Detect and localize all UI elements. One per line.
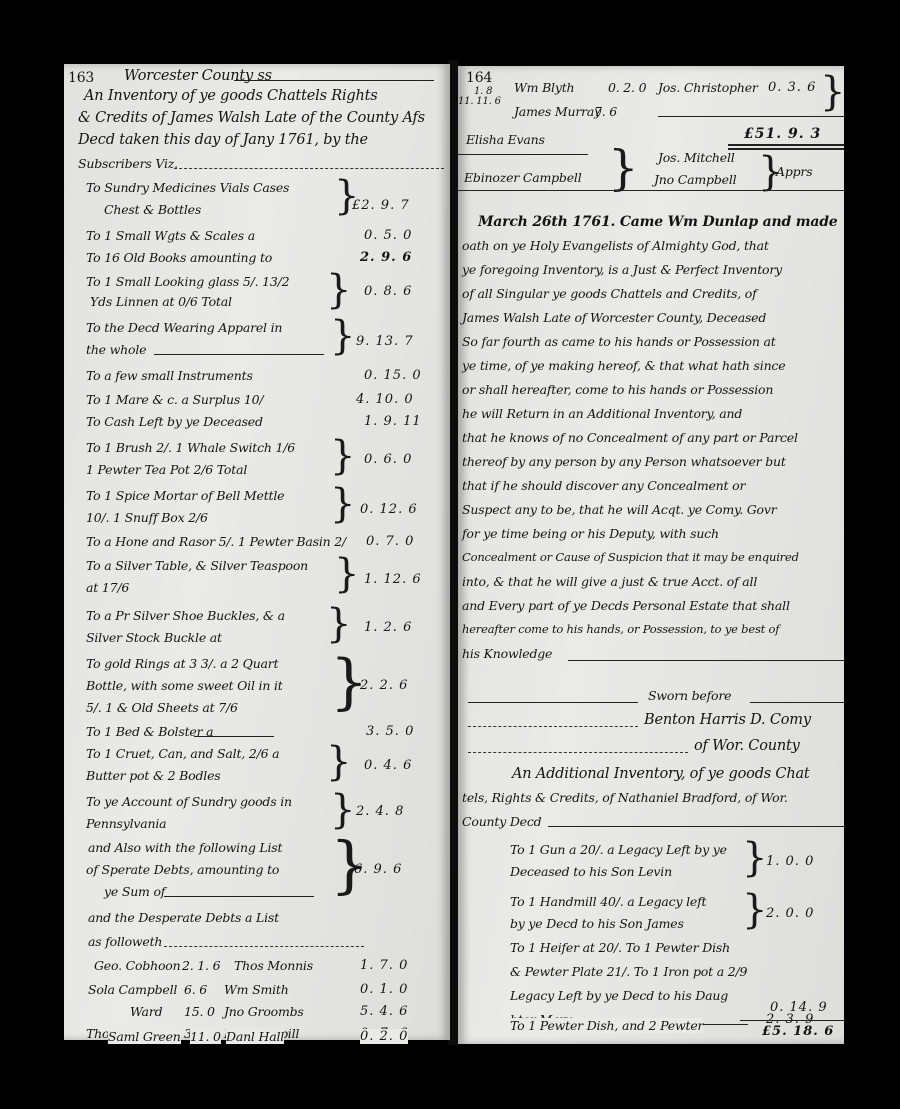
commissioner-name: Benton Harris D. Comy bbox=[644, 712, 811, 728]
rule bbox=[468, 702, 638, 703]
additional-title: An Additional Inventory, of ye goods Cha… bbox=[512, 766, 810, 782]
grand-total: £51. 9. 3 bbox=[744, 126, 821, 142]
item-line: To ye Account of Sundry goods in bbox=[86, 794, 292, 809]
brace: } bbox=[334, 554, 359, 594]
item-line: To 1 Small Looking glass 5/. 13/2 bbox=[86, 274, 289, 289]
item-line: Yds Linnen at 0/6 Total bbox=[90, 294, 232, 309]
item-amount: 2. 4. 8 bbox=[356, 804, 404, 819]
oath-line: oath on ye Holy Evangelists of Almighty … bbox=[462, 238, 769, 253]
item-amount: 3. 5. 0 bbox=[366, 724, 414, 739]
item-line: of Sperate Debts, amounting to bbox=[86, 862, 279, 877]
ledger-page-left: 163 Worcester County ss An Inventory of … bbox=[64, 64, 450, 1040]
debt-amount: 0. 2. 0 bbox=[608, 80, 646, 95]
additional-total: £5. 18. 6 bbox=[762, 1024, 834, 1039]
item-line: To 1 Mare & c. a Surplus 10/ bbox=[86, 392, 263, 407]
oath-line: hereafter come to his hands, or Possessi… bbox=[462, 622, 779, 636]
additional-item-line: To 1 Heifer at 20/. To 1 Pewter Dish bbox=[510, 940, 730, 955]
brace: } bbox=[742, 838, 767, 878]
oath-line: into, & that he will give a just & true … bbox=[462, 574, 757, 589]
additional-item-amount: 2. 0. 0 bbox=[766, 906, 814, 921]
appraisers-label: Apprs bbox=[776, 164, 812, 179]
item-amount: £2. 9. 7 bbox=[352, 198, 410, 213]
item-line: To a few small Instruments bbox=[86, 368, 253, 383]
additional-item-line: Deceased to his Son Levin bbox=[510, 864, 672, 879]
debt-amount: 0. 2. 0 bbox=[360, 1029, 408, 1044]
oath-line: his Knowledge bbox=[462, 646, 552, 661]
debtor-name: Sola Campbell bbox=[88, 982, 177, 997]
rule bbox=[164, 896, 314, 897]
additional-item-line: Legacy Left by ye Decd to his Daug bbox=[510, 988, 728, 1003]
title-line: Decd taken this day of Jany 1761, by the bbox=[78, 132, 368, 148]
item-amount: 0. 15. 0 bbox=[364, 368, 422, 383]
item-line: To 1 Cruet, Can, and Salt, 2/6 a bbox=[86, 746, 279, 761]
item-line: as followeth bbox=[88, 934, 162, 949]
brace: } bbox=[326, 742, 351, 782]
dash-rule bbox=[468, 726, 638, 727]
dash-rule bbox=[468, 752, 688, 753]
brace: } bbox=[326, 604, 351, 644]
item-line: To 1 Spice Mortar of Bell Mettle bbox=[86, 488, 284, 503]
brace: } bbox=[330, 790, 355, 830]
item-line: To a Hone and Rasor 5/. 1 Pewter Basin 2… bbox=[86, 534, 346, 549]
debt-amount: 15. 0 bbox=[184, 1004, 215, 1019]
item-amount: 2. 9. 6 bbox=[360, 250, 412, 265]
oath-line: March 26th 1761. Came Wm Dunlap and made bbox=[478, 214, 838, 230]
signatory: Ebinozer Campbell bbox=[464, 170, 582, 185]
oath-line: Suspect any to be, that he will Acqt. ye… bbox=[462, 502, 777, 517]
item-line: ye Sum of bbox=[104, 884, 165, 899]
signatory: Elisha Evans bbox=[466, 132, 545, 147]
rule bbox=[740, 1020, 844, 1021]
margin-note: 11. 11. 6 bbox=[458, 96, 501, 107]
debtor-name: Thos Monnis bbox=[234, 958, 313, 973]
rule bbox=[458, 190, 844, 191]
rule bbox=[154, 354, 324, 355]
item-amount: 4. 10. 0 bbox=[356, 392, 414, 407]
oath-line: So far fourth as came to his hands or Po… bbox=[462, 334, 776, 349]
rule bbox=[750, 702, 844, 703]
item-amount: 0. 8. 6 bbox=[364, 284, 412, 299]
item-line: 5/. 1 & Old Sheets at 7/6 bbox=[86, 700, 238, 715]
item-line: Butter pot & 2 Bodles bbox=[86, 768, 221, 783]
page-number: 163 bbox=[68, 70, 94, 86]
item-line: Bottle, with some sweet Oil in it bbox=[86, 678, 283, 693]
item-amount: 2. 2. 6 bbox=[360, 678, 408, 693]
item-line: To the Decd Wearing Apparel in bbox=[86, 320, 282, 335]
additional-item-line: & Pewter Plate 21/. To 1 Iron pot a 2/9 bbox=[510, 964, 747, 979]
item-amount: 6. 9. 6 bbox=[354, 862, 402, 877]
additional-item-line: To 1 Handmill 40/. a Legacy left bbox=[510, 894, 706, 909]
rule bbox=[234, 80, 434, 81]
brace: } bbox=[330, 484, 355, 524]
double-rule bbox=[728, 148, 844, 150]
oath-line: James Walsh Late of Worcester County, De… bbox=[462, 310, 766, 325]
item-amount: 1. 2. 6 bbox=[364, 620, 412, 635]
item-amount: 0. 4. 6 bbox=[364, 758, 412, 773]
debt-amount: 0. 3. 6 bbox=[768, 80, 816, 95]
debt-amount: 7. 6 bbox=[594, 104, 617, 119]
item-amount: 1. 12. 6 bbox=[364, 572, 422, 587]
rule bbox=[658, 116, 844, 117]
item-line: Silver Stock Buckle at bbox=[86, 630, 222, 645]
oath-line: and Every part of ye Decds Personal Esta… bbox=[462, 598, 790, 613]
oath-line: Concealment or Cause of Suspicion that i… bbox=[462, 550, 799, 564]
item-line: To gold Rings at 3 3/. a 2 Quart bbox=[86, 656, 278, 671]
debt-amount: 11. 0 bbox=[190, 1029, 221, 1044]
item-amount: 9. 13. 7 bbox=[356, 334, 414, 349]
item-line: and Also with the following List bbox=[88, 840, 282, 855]
item-amount: 0. 5. 0 bbox=[364, 228, 412, 243]
additional-item-line: by ye Decd to his Son James bbox=[510, 916, 684, 931]
item-amount: 0. 7. 0 bbox=[366, 534, 414, 549]
debt-amount: 1. 7. 0 bbox=[360, 958, 408, 973]
additional-item-amount: 1. 0. 0 bbox=[766, 854, 814, 869]
item-line: To 1 Brush 2/. 1 Whale Switch 1/6 bbox=[86, 440, 295, 455]
debtor-name: Geo. Cobhoon bbox=[94, 958, 180, 973]
debt-amount: 6. 6 bbox=[184, 982, 207, 997]
debtor-name: Saml Green bbox=[108, 1029, 181, 1044]
oath-line: of all Singular ye goods Chattels and Cr… bbox=[462, 286, 757, 301]
brace: } bbox=[326, 270, 351, 310]
item-line: To Sundry Medicines Vials Cases bbox=[86, 180, 289, 195]
item-amount: 0. 6. 0 bbox=[364, 452, 412, 467]
county-header: Worcester County ss bbox=[124, 68, 272, 84]
debtor-name: Jno Groombs bbox=[224, 1004, 304, 1019]
additional-title: County Decd bbox=[462, 814, 541, 829]
brace: } bbox=[820, 72, 845, 112]
title-line: An Inventory of ye goods Chattels Rights bbox=[84, 88, 378, 104]
item-line: To 16 Old Books amounting to bbox=[86, 250, 272, 265]
appraiser: Jos. Mitchell bbox=[658, 150, 735, 165]
rule bbox=[548, 826, 844, 827]
additional-title: tels, Rights & Credits, of Nathaniel Bra… bbox=[462, 790, 788, 805]
appraiser: Jno Campbell bbox=[654, 172, 736, 187]
rule bbox=[568, 660, 844, 661]
brace: } bbox=[742, 890, 767, 930]
rule bbox=[194, 736, 274, 737]
debt-amount: 5. 4. 6 bbox=[360, 1004, 408, 1019]
item-line: and the Desperate Debts a List bbox=[88, 910, 279, 925]
commissioner-county: of Wor. County bbox=[694, 738, 800, 754]
item-line: 1 Pewter Tea Pot 2/6 Total bbox=[86, 462, 247, 477]
debtor-name: Jos. Christopher bbox=[658, 80, 758, 95]
oath-line: that he knows of no Concealment of any p… bbox=[462, 430, 798, 445]
double-rule bbox=[728, 144, 844, 146]
brace: } bbox=[330, 316, 355, 356]
page-number: 164 bbox=[466, 70, 492, 86]
dash-rule bbox=[174, 168, 444, 169]
additional-item-amount: 0. 14. 9 bbox=[770, 1000, 828, 1015]
debtor-name: James Murray bbox=[514, 104, 601, 119]
debt-amount: 0. 1. 0 bbox=[360, 982, 408, 997]
ledger-page-right: 164 1. 8 11. 11. 6 Wm Blyth 0. 2. 0 Jos.… bbox=[458, 66, 844, 1044]
oath-line: ye foregoing Inventory, is a Just & Perf… bbox=[462, 262, 782, 277]
rule bbox=[458, 154, 588, 155]
debtor-name: Wm Blyth bbox=[514, 80, 574, 95]
item-line: To Cash Left by ye Deceased bbox=[86, 414, 263, 429]
sworn-label: Sworn before bbox=[648, 688, 731, 703]
additional-item-line: To 1 Pewter Dish, and 2 Pewter bbox=[510, 1018, 703, 1033]
oath-line: ye time, of ye making hereof, & that wha… bbox=[462, 358, 785, 373]
item-line: Pennsylvania bbox=[86, 816, 166, 831]
item-line: Chest & Bottles bbox=[104, 202, 201, 217]
debtor-name: Wm Smith bbox=[224, 982, 289, 997]
item-amount: 1. 9. 11 bbox=[364, 414, 422, 429]
oath-line: that if he should discover any Concealme… bbox=[462, 478, 745, 493]
title-line: Subscribers Viz. bbox=[78, 156, 178, 171]
oath-line: he will Return in an Additional Inventor… bbox=[462, 406, 742, 421]
additional-item-line: To 1 Gun a 20/. a Legacy Left by ye bbox=[510, 842, 727, 857]
title-line: & Credits of James Walsh Late of the Cou… bbox=[78, 110, 425, 126]
brace: } bbox=[330, 436, 355, 476]
debtor-name: Ward bbox=[130, 1004, 162, 1019]
debtor-name: Danl Hall bbox=[226, 1029, 284, 1044]
item-line: To 1 Small Wgts & Scales a bbox=[86, 228, 255, 243]
dash-rule bbox=[164, 946, 364, 947]
debt-amount: 2. 1. 6 bbox=[182, 958, 220, 973]
item-line: To a Pr Silver Shoe Buckles, & a bbox=[86, 608, 285, 623]
oath-line: or shall hereafter, come to his hands or… bbox=[462, 382, 773, 397]
item-line: 10/. 1 Snuff Box 2/6 bbox=[86, 510, 208, 525]
oath-line: thereof by any person by any Person what… bbox=[462, 454, 786, 469]
oath-line: for ye time being or his Deputy, with su… bbox=[462, 526, 719, 541]
brace: } bbox=[608, 144, 639, 192]
item-amount: 0. 12. 6 bbox=[360, 502, 418, 517]
item-line: the whole bbox=[86, 342, 146, 357]
item-line: To a Silver Table, & Silver Teaspoon bbox=[86, 558, 308, 573]
item-line: at 17/6 bbox=[86, 580, 129, 595]
